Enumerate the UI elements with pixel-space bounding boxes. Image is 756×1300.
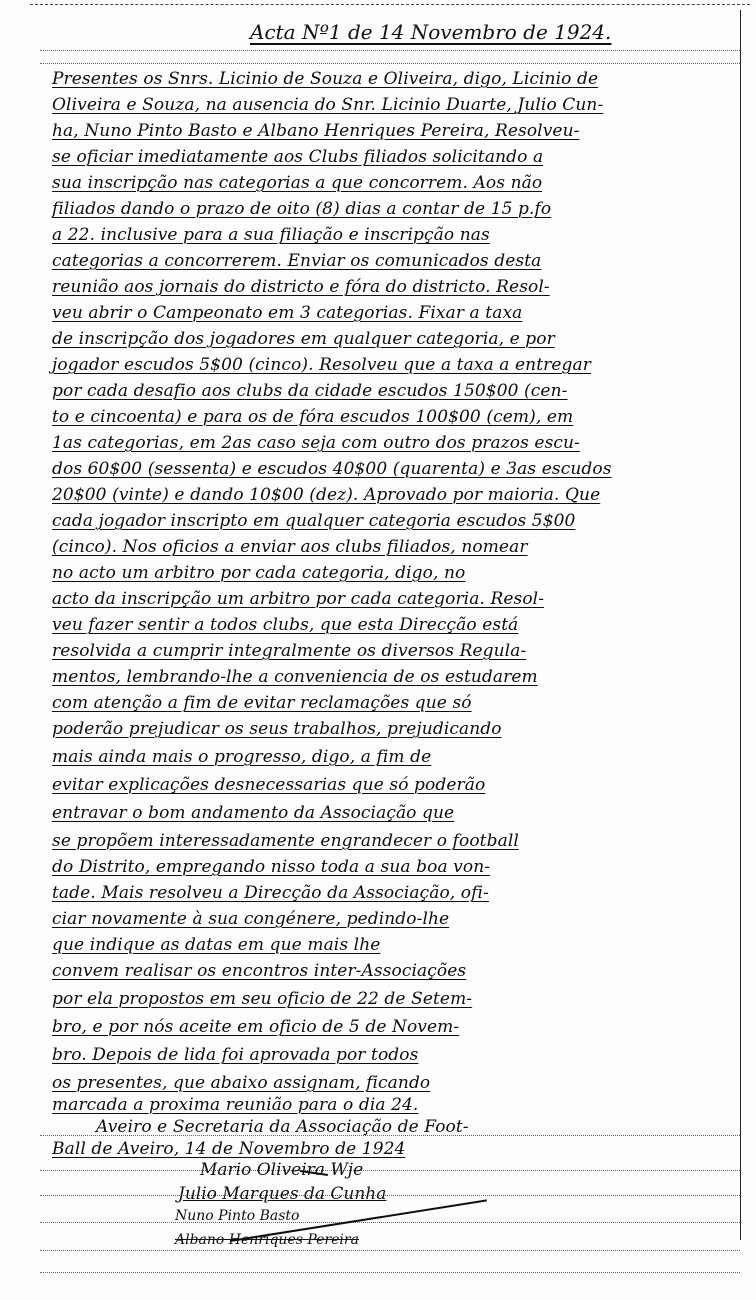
text-line: Oliveira e Souza, na ausencia do Snr. Li… [52,94,742,116]
text-line: jogador escudos 5$00 (cinco). Resolveu q… [52,354,742,376]
ruled-line [40,63,740,64]
text-line: tade. Mais resolveu a Direcção da Associ… [52,882,742,904]
text-line: (cinco). Nos oficios a enviar aos clubs … [52,536,742,558]
text-line: veu fazer sentir a todos clubs, que esta… [52,614,742,636]
top-rule-divider [30,4,750,5]
ruled-line [40,1250,740,1251]
text-line: mais ainda mais o progresso, digo, a fim… [52,746,742,768]
text-line: por cada desafio aos clubs da cidade esc… [52,380,742,402]
text-line: por ela propostos em seu oficio de 22 de… [52,988,742,1010]
text-line: de inscripção dos jogadores em qualquer … [52,328,742,350]
text-line: acto da inscripção um arbitro por cada c… [52,588,742,610]
scanned-page: Acta Nº1 de 14 Novembro de 1924. Present… [0,0,756,1300]
text-line: bro. Depois de lida foi aprovada por tod… [52,1044,742,1066]
text-line: sua inscripção nas categorias a que conc… [52,172,742,194]
text-line: filiados dando o prazo de oito (8) dias … [52,198,742,220]
text-line: resolvida a cumprir integralmente os div… [52,640,742,662]
text-line: se oficiar imediatamente aos Clubs filia… [52,146,742,168]
text-line: convem realisar os encontros inter-Assoc… [52,960,742,982]
text-line: 1as categorias, em 2as caso seja com out… [52,432,742,454]
text-line: ciar novamente à sua congénere, pedindo-… [52,908,742,930]
ruled-line [40,50,740,51]
text-line: a 22. inclusive para a sua filiação e in… [52,224,742,246]
signature-3: Nuno Pinto Basto [175,1208,299,1224]
text-line: cada jogador inscripto em qualquer categ… [52,510,742,532]
text-line: veu abrir o Campeonato em 3 categorias. … [52,302,742,324]
text-line: categorias a concorrerem. Enviar os comu… [52,250,742,272]
text-line: 20$00 (vinte) e dando 10$00 (dez). Aprov… [52,484,742,506]
ruled-line [40,1272,740,1273]
text-line: marcada a proxima reunião para o dia 24. [52,1094,742,1116]
signature-2: Julio Marques da Cunha [178,1184,386,1204]
text-line: Presentes os Snrs. Licinio de Souza e Ol… [52,68,742,90]
document-title: Acta Nº1 de 14 Novembro de 1924. [250,20,611,44]
text-line: com atenção a fim de evitar reclamações … [52,692,742,714]
text-line: bro, e por nós aceite em oficio de 5 de … [52,1016,742,1038]
text-line: dos 60$00 (sessenta) e escudos 40$00 (qu… [52,458,742,480]
closing-date-line: Ball de Aveiro, 14 de Novembro de 1924 [52,1138,742,1160]
ruled-line [40,1170,740,1171]
closing-line: Aveiro e Secretaria da Associação de Foo… [52,1116,742,1138]
text-line: poderão prejudicar os seus trabalhos, pr… [52,718,742,740]
text-line: que indique as datas em que mais lhe [52,934,742,956]
text-line: os presentes, que abaixo assignam, fican… [52,1072,742,1094]
text-line: evitar explicações desnecessarias que só… [52,774,742,796]
text-line: entravar o bom andamento da Associação q… [52,802,742,824]
text-line: no acto um arbitro por cada categoria, d… [52,562,742,584]
text-line: se propõem interessadamente engrandecer … [52,830,742,852]
ruled-line [40,1222,740,1223]
text-line: do Distrito, empregando nisso toda a sua… [52,856,742,878]
text-line: ha, Nuno Pinto Basto e Albano Henriques … [52,120,742,142]
signature-1: Mario Oliveira Wje [200,1160,363,1180]
ruled-line [40,1195,740,1196]
text-line: to e cincoenta) e para os de fóra escudo… [52,406,742,428]
text-line: reunião aos jornais do districto e fóra … [52,276,742,298]
text-line: mentos, lembrando-lhe a conveniencia de … [52,666,742,688]
